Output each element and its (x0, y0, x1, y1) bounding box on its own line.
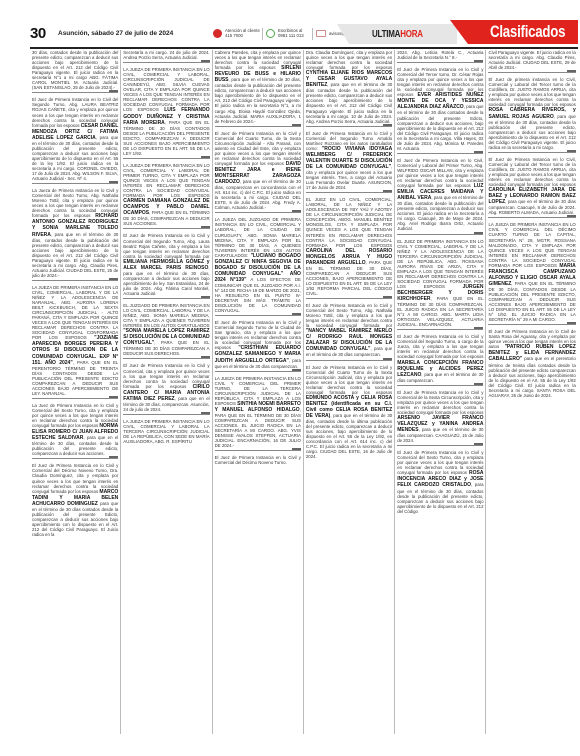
ad-text: La Jueza de Primera Instancia en lo Civi… (488, 222, 575, 267)
page-header: 30 Asunción, sábado 27 de julio de 2024 … (0, 24, 580, 44)
classified-ad: El Juez de Primera Instancia en lo Civil… (32, 463, 118, 537)
ad-text: El Juez de Primera Instancia en lo Civil… (397, 158, 483, 188)
ad-divider (123, 414, 209, 418)
classified-ad: La Jueza de Primera Instancia en lo Civi… (32, 188, 118, 278)
ad-text: , para que en el término de 30 días, con… (488, 114, 575, 150)
column-1: 30 días, contados desde la publicación d… (30, 50, 121, 734)
issue-date: Asunción, sábado 27 de julio de 2024 (58, 30, 173, 37)
ad-divider (488, 72, 575, 76)
ad-divider (215, 126, 301, 130)
ad-text: El Juez de Primera Instancia en lo Civil… (306, 303, 392, 328)
column-5: 2024. Abg. Leticia Rotela C., Actuaria J… (395, 50, 486, 734)
page-number: 30 (30, 25, 46, 42)
classified-ad: La Juez de Primera Instancia en lo Civil… (32, 403, 118, 456)
contact-value: 415 7000 (225, 33, 243, 38)
ad-text: , para que en el término de 30 días, con… (397, 195, 483, 231)
ad-text: , para que en el término de 30 días cont… (123, 120, 209, 156)
ad-text: Secretaría a mi cargo. 24 de julio de 20… (123, 50, 209, 60)
ad-divider (123, 62, 209, 66)
ad-divider (306, 298, 392, 302)
ad-divider (488, 152, 575, 156)
ad-text: La Jueza de Primera Instancia en lo Civi… (123, 67, 209, 112)
classified-ad: El Juez de Primera Instancia en lo Civil… (397, 334, 483, 382)
classified-ad: El Juez de Primera Instancia en lo Civil… (397, 158, 483, 232)
mail-icon (316, 30, 326, 37)
brand-logo: ULTIMAHORA (372, 29, 423, 40)
classified-ad: Dra. Claudia Domínguez, cita y emplaza p… (306, 50, 392, 124)
ad-divider (123, 298, 209, 302)
ad-divider (397, 329, 483, 333)
ad-text: Civil Paraguayo vigente. El juicio radic… (488, 50, 575, 70)
ad-text: La Jueza de Primera Instancia en lo Civi… (32, 285, 118, 340)
ad-names: EMILIANA HERMOSILLA GÓMEZ y ALEX MARCEL … (123, 259, 209, 271)
classified-ad: El Juez de Primera Instancia en lo Civil… (306, 303, 392, 357)
ad-divider (215, 450, 301, 454)
classified-ad: La Jueza de Primera Instancia en lo Civi… (123, 419, 209, 444)
classified-ad: El Juez en lo Civil, Comercial, Laboral,… (306, 197, 392, 296)
classified-ad: La Jueza de Primera Instancia en lo Civi… (488, 222, 575, 322)
ad-text: , para que en el término de 30 días, con… (215, 77, 301, 123)
ad-text: , para que en el término de 30 días, con… (306, 413, 392, 459)
ad-text: , para que en el término de 30 días cont… (306, 82, 392, 123)
ad-text: , para que en el término de 30 días, con… (488, 281, 575, 322)
ad-text: El Juez en lo Civil, Comercial, Laboral,… (306, 197, 392, 247)
classified-ad: El Juez de Primera Instancia en lo Civil… (306, 365, 392, 460)
ad-divider (123, 228, 209, 232)
classified-ad: El Juez de Primera Instancia en lo Civil… (397, 239, 483, 328)
classified-ad: El Juez de Primera Instancia en lo Civil… (32, 97, 118, 181)
ad-text: El Juez de Primera Instancia en lo Civil… (215, 455, 301, 465)
classified-ad: La Jueza de Primera Instancia en lo Civi… (123, 67, 209, 156)
classified-ad: Secretaría a mi cargo. 24 de julio de 20… (123, 50, 209, 60)
classified-ad: La Jueza de Primera Instancia en lo Civi… (32, 285, 118, 396)
ad-text: El Juzgado de Primera Instancia en lo Ci… (123, 303, 209, 328)
ad-divider (123, 158, 209, 162)
ad-text: para que en el perentorio término de tre… (488, 356, 575, 397)
ad-text: El Juez de Primera Instancia en lo Civil… (397, 390, 483, 415)
ad-divider (32, 458, 118, 462)
classified-ad: El Juez de primera instancia en lo Civil… (488, 77, 575, 150)
contact-phone: Atención al cliente415 7000 (213, 28, 260, 38)
brand-ultima: ULTIMA (372, 29, 400, 40)
ad-text: , para que en el término de 30 días, com… (306, 260, 392, 296)
whatsapp-icon (266, 29, 275, 38)
ad-text: 30 días, contados desde la publicación d… (32, 50, 118, 90)
ad-divider (488, 324, 575, 328)
header-rule (30, 47, 578, 49)
classified-ad: El Juez de Primera Instancia en lo Civil… (123, 233, 209, 296)
ad-divider (215, 371, 301, 375)
classified-ad: La Jueza de Primera Instancia en lo Civi… (215, 376, 301, 449)
classified-ad: El Juez de Primera Instancia en lo Civil… (488, 329, 575, 398)
column-6: Civil Paraguayo vigente. El juicio radic… (486, 50, 577, 734)
brand-hora: HORA (400, 29, 423, 40)
classified-ad: El Juez de Primera Instancia en lo Civil… (215, 455, 301, 465)
classified-ad: El Juez de Primera Instancia en lo Civil… (397, 450, 483, 514)
classified-ad: El Juez de Primera Instancia en lo Civil… (123, 363, 209, 411)
classified-ad: El Juez de Primera Instancia en lo Civil… (215, 320, 301, 368)
ad-divider (488, 217, 575, 221)
contact-value: 0981 111 013 (278, 33, 304, 38)
ad-text: El Juez de primera instancia en lo Civil… (488, 77, 575, 107)
section-title: Clasificados (490, 22, 565, 42)
ad-text: para que en el término de 30 días contad… (32, 501, 118, 537)
classifieds-columns: 30 días, contados desde la publicación d… (30, 50, 578, 734)
ad-text: El Juez de Primera Instancia en lo Civil… (306, 365, 392, 395)
ad-divider (215, 212, 301, 216)
ad-divider (306, 192, 392, 196)
ad-divider (397, 153, 483, 157)
classified-ad: El Juez de Primera Instancia en lo Civil… (215, 131, 301, 211)
ad-text: , para que en el término de 30 días comp… (215, 407, 301, 448)
classified-ad: Cabrera Paredes, cita y emplaza por quin… (215, 50, 301, 124)
classified-ad: La Jueza de Primera Instancia en lo Civi… (123, 163, 209, 227)
ad-text: El Juez de Primera Instancia en lo Civil… (397, 334, 483, 359)
separator (312, 28, 313, 40)
ad-divider (397, 445, 483, 449)
ad-divider (306, 126, 392, 130)
ad-divider (397, 385, 483, 389)
separator (262, 28, 263, 40)
ad-divider (32, 183, 118, 187)
ad-divider (215, 315, 301, 319)
column-2: Secretaría a mi cargo. 24 de julio de 20… (121, 50, 212, 734)
classified-ad: El Juez de Primera Instancia en lo Civil… (397, 67, 483, 151)
ad-text: El Juez de Primera Instancia en lo Civil… (397, 239, 483, 289)
ad-divider (397, 234, 483, 238)
ad-divider (123, 358, 209, 362)
ad-text: El Juez de Primera Instancia en lo Civil… (488, 157, 575, 187)
classified-ad: La Jueza del Juzgado de Primera Instanci… (215, 217, 301, 313)
phone-icon (213, 29, 222, 38)
ad-text: La Jueza de Primera Instancia en lo Civi… (123, 163, 209, 198)
classified-ad: 2024. Abg. Leticia Rotela C., Actuaria J… (397, 50, 483, 60)
ad-text: a los efectos de comunicar que el Juzgad… (215, 277, 301, 313)
column-3: Cabrera Paredes, cita y emplaza por quin… (213, 50, 304, 734)
ad-text: La Jueza del Juzgado de Primera Instanci… (215, 217, 301, 257)
ad-divider (32, 280, 118, 284)
ad-text: El Juez de Primera Instancia en lo Civil… (123, 233, 209, 258)
contact-whatsapp: Escribinos al0981 111 013 (266, 28, 304, 38)
ad-text: La Jueza de Primera Instancia en lo Civi… (123, 419, 209, 444)
ad-divider (397, 62, 483, 66)
classified-ad: El Juez de Primera Instancia en lo Civil… (397, 390, 483, 443)
ad-text: , para que en el término de 30 días cont… (397, 104, 483, 150)
classified-ad: 30 días, contados desde la publicación d… (32, 50, 118, 90)
classified-ad: Civil Paraguayo vigente. El juicio radic… (488, 50, 575, 70)
ad-divider (32, 398, 118, 402)
column-4: Dra. Claudia Domínguez, cita y emplaza p… (304, 50, 395, 734)
ad-divider (306, 360, 392, 364)
ad-text: 2024. Abg. Leticia Rotela C., Actuaria J… (397, 50, 483, 60)
classified-ad: El Juez de Primera Instancia en lo Civil… (306, 131, 392, 191)
ad-text: , para que en el término de 30 días, con… (32, 135, 118, 181)
ad-text: , para que en el término de 30 días, con… (32, 232, 118, 278)
classified-ad: El Juez de Primera Instancia en lo Civil… (488, 157, 575, 216)
ad-text: Dra. Claudia Domínguez, cita y emplaza p… (306, 50, 392, 70)
classified-ad: El Juzgado de Primera Instancia en lo Ci… (123, 303, 209, 356)
ad-divider (32, 92, 118, 96)
ad-text: , para que en el perentorio término de t… (32, 360, 118, 396)
